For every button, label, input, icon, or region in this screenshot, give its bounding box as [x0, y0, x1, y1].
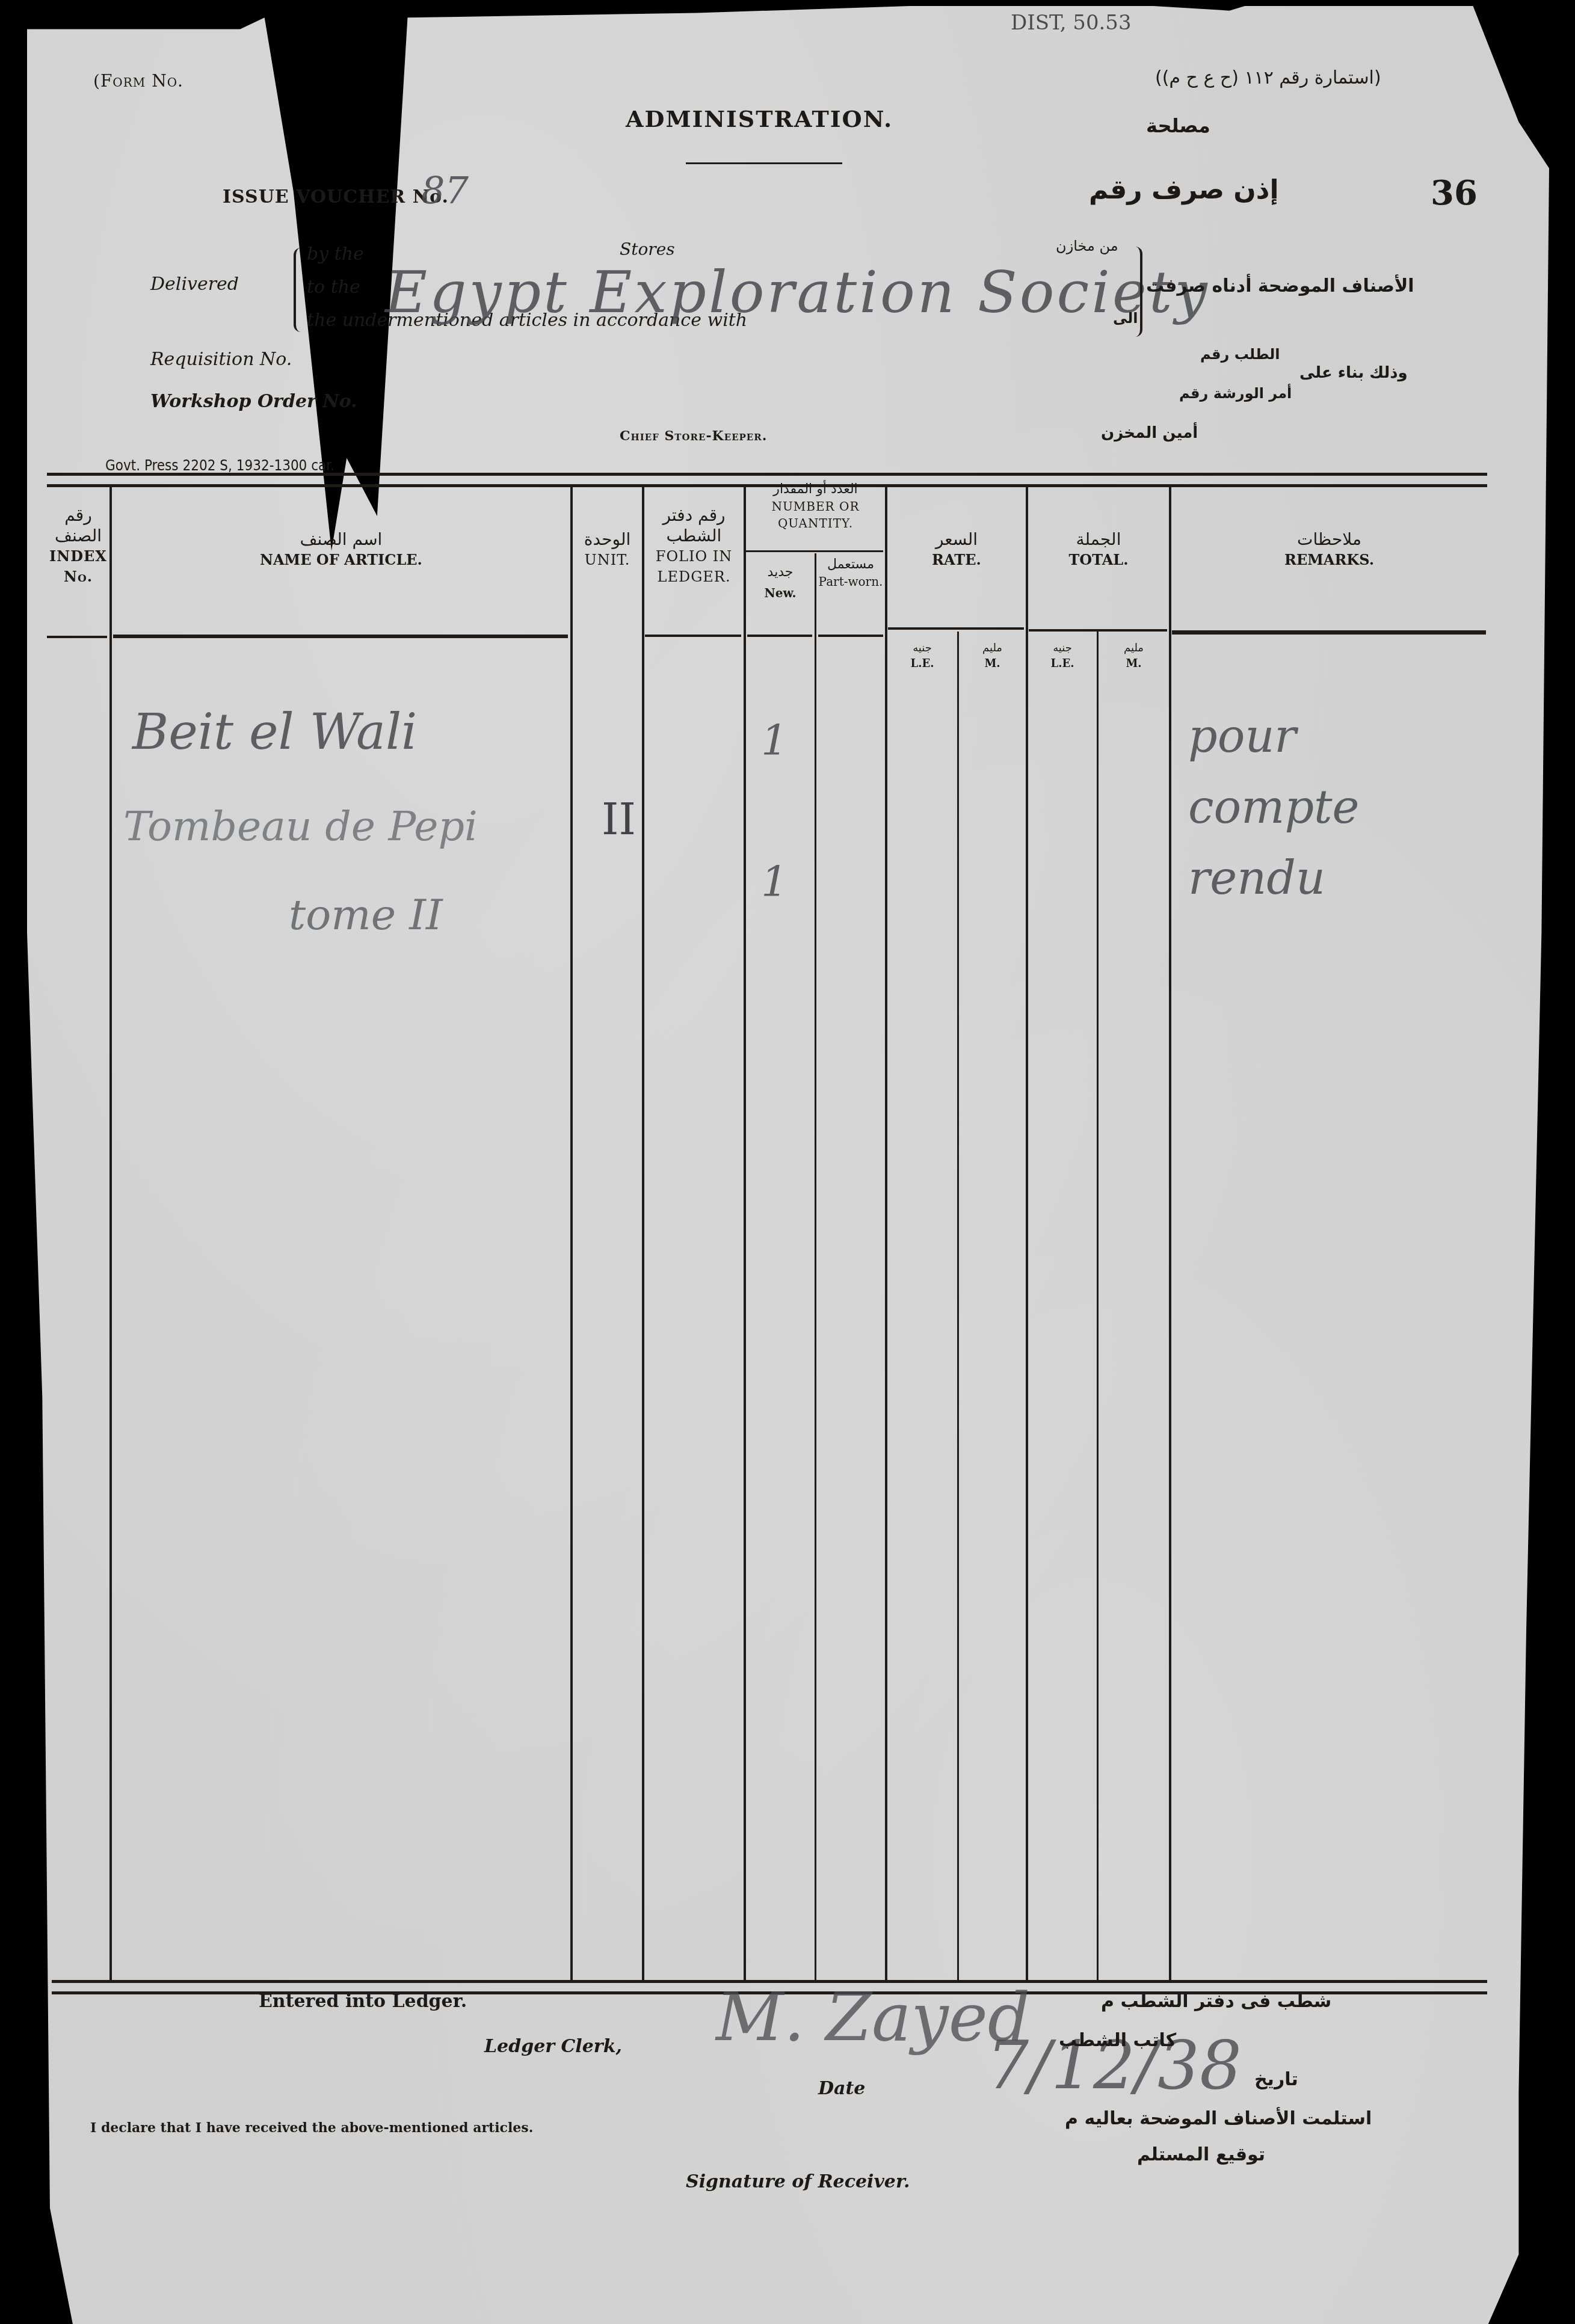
- voucher-label: ISSUE VOUCHER No.: [223, 186, 449, 207]
- form-number-arabic: (استمارة رقم ١١٢ (ح ع ح م)): [1155, 67, 1381, 88]
- col-header-rate: السعر RATE.: [887, 529, 1026, 570]
- quantity-subheader-rule: [746, 550, 883, 552]
- col-divider-folio: [744, 486, 746, 1981]
- col-header-quantity: العدد أو المقدار NUMBER OR QUANTITY.: [746, 481, 885, 532]
- store-keeper-arabic: أمين المخزن: [1101, 424, 1198, 442]
- col-header-new: جديد New.: [746, 562, 815, 603]
- table-row-new-qty: 1: [761, 857, 788, 906]
- col-header-part-worn: مستعمل Part-worn.: [816, 556, 885, 590]
- col-header-remarks: ملاحظات REMARKS.: [1171, 529, 1487, 570]
- total-m-header: مليم M.: [1099, 641, 1169, 672]
- left-brace: [294, 248, 302, 332]
- header-rule: [818, 635, 883, 637]
- right-brace: [1134, 247, 1142, 337]
- from-stores-arabic: من مخازن: [1056, 238, 1118, 254]
- table-row-name: Tombeau de Pepi: [123, 803, 478, 850]
- total-le-header: جنيه L.E.: [1028, 641, 1097, 672]
- col-header-unit: الوحدة UNIT.: [573, 529, 642, 570]
- form-number-label: (Form No.: [93, 71, 183, 91]
- col-header-total: الجملة TOTAL.: [1028, 529, 1169, 570]
- col-header-name: اسم الصنف NAME OF ARTICLE.: [112, 529, 570, 570]
- col-header-index: رقم الصنف INDEX No.: [47, 505, 109, 587]
- signature-receiver-label: Signature of Receiver.: [686, 2171, 910, 2192]
- col-header-folio: رقم دفتر الشطب FOLIO IN LEDGER.: [644, 505, 744, 587]
- header-rule: [747, 635, 812, 637]
- table-row-unit: II: [602, 794, 636, 844]
- stores-label: Stores: [620, 239, 675, 259]
- header-rule: [47, 636, 107, 638]
- col-divider-unit: [642, 486, 644, 1981]
- table-row-name: Beit el Wali: [132, 704, 417, 761]
- workshop-order-label: Workshop Order No.: [150, 391, 357, 412]
- voucher-label-arabic: إذن صرف رقم: [1089, 174, 1279, 205]
- col-divider-rate: [1026, 486, 1028, 1981]
- articles-arabic: الأصناف الموضحة أدناه صرفت: [1146, 275, 1414, 297]
- ledger-clerk-arabic: كاتب الشطب: [1059, 2030, 1176, 2051]
- signature-arabic: توقيع المستلم: [1137, 2144, 1265, 2165]
- archive-reference: DIST, 50.53: [1011, 11, 1132, 35]
- rate-m-header: مليم M.: [959, 641, 1026, 672]
- entered-ledger-arabic: شطب فى دفتر الشطب م: [1101, 1991, 1331, 2012]
- table-row-new-qty: 1: [761, 716, 788, 765]
- chief-store-keeper-label: Chief Store-Keeper.: [620, 428, 767, 444]
- ledger-clerk-label: Ledger Clerk,: [484, 2036, 622, 2057]
- total-subheader-rule: [1029, 629, 1167, 632]
- header-rule: [113, 635, 568, 638]
- delivered-label: Delivered: [150, 274, 239, 295]
- recipient-handwritten: Egypt Exploration Society: [385, 259, 1210, 326]
- col-divider-new: [815, 553, 816, 1981]
- remarks-handwritten: pour compte rendu: [1188, 701, 1360, 914]
- header-rule: [645, 635, 741, 637]
- col-divider-name: [570, 486, 573, 1981]
- clerk-signature-handwritten: M. Zayed: [716, 1979, 1030, 2056]
- workshop-order-arabic: أمر الورشة رقم: [1179, 385, 1292, 402]
- declaration-text: I declare that I have received the above…: [90, 2120, 533, 2136]
- table-row-name: tome II: [289, 890, 443, 939]
- header-rule: [1172, 630, 1486, 635]
- based-on-arabic: وذلك بناء على: [1299, 364, 1408, 382]
- col-divider-total: [1169, 486, 1171, 1981]
- date-label: Date: [818, 2078, 865, 2099]
- entered-ledger-label: Entered into Ledger.: [259, 1991, 467, 2012]
- department-arabic: مصلحة: [1146, 114, 1210, 137]
- requisition-label: Requisition No.: [150, 349, 292, 370]
- received-arabic: استلمت الأصناف الموضحة بعاليه م: [1065, 2108, 1372, 2129]
- rate-subheader-rule: [888, 627, 1024, 630]
- title-underline: [686, 162, 842, 164]
- col-divider-rate-le: [957, 632, 959, 1981]
- rate-le-header: جنيه L.E.: [887, 641, 957, 672]
- date-arabic: تاريخ: [1254, 2069, 1298, 2090]
- to-the-label: to the: [307, 277, 360, 298]
- sheet-number: 36: [1431, 173, 1478, 213]
- printer-line: Govt. Press 2202 S, 1932-1300 car.: [105, 457, 334, 474]
- col-divider-quantity: [885, 486, 887, 1981]
- col-divider-total-le: [1097, 632, 1099, 1981]
- voucher-number-handwritten: 87: [421, 168, 469, 212]
- col-divider-index: [109, 486, 112, 1981]
- by-the-label: by the: [307, 244, 364, 265]
- page-title: ADMINISTRATION.: [626, 105, 893, 132]
- requisition-arabic: الطلب رقم: [1200, 346, 1280, 363]
